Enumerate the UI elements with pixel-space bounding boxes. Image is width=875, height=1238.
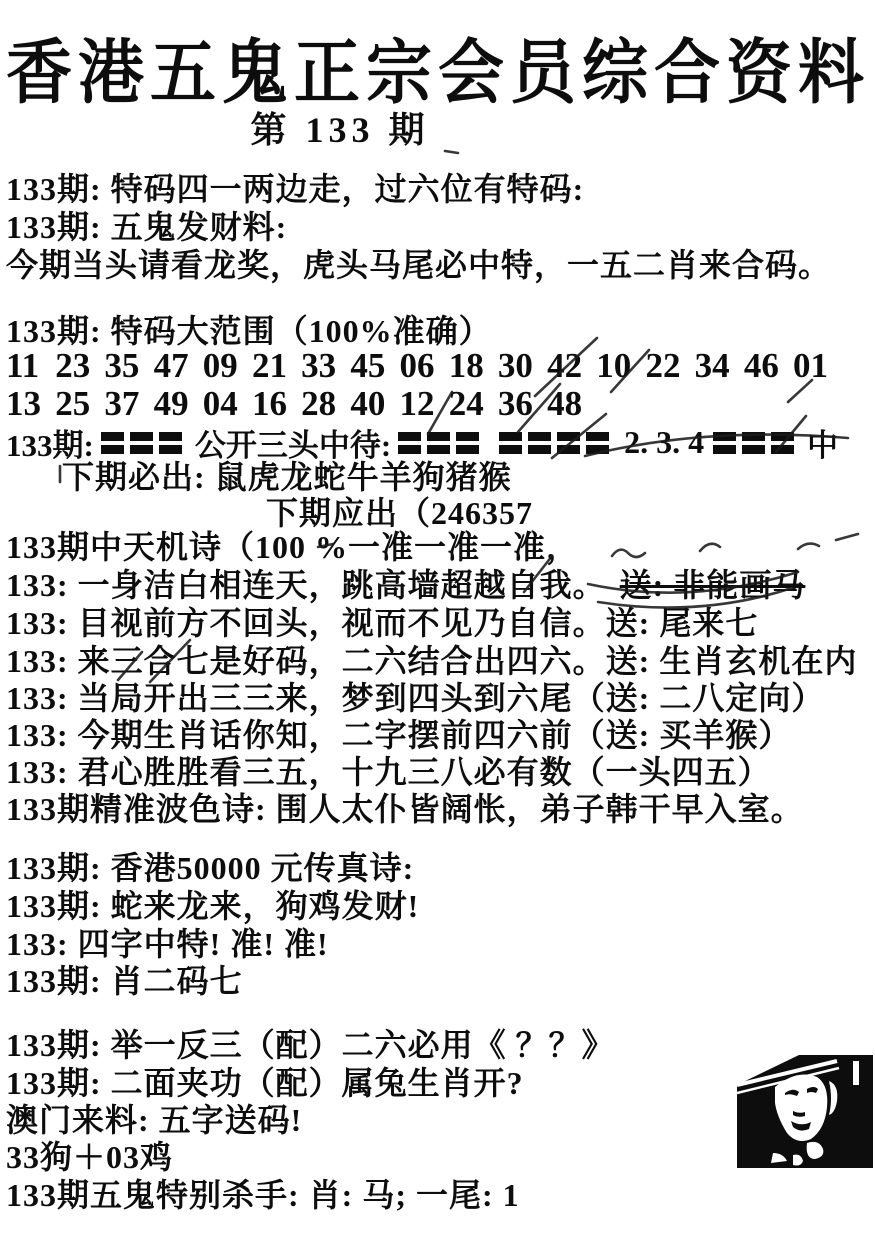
number-cell: 21	[252, 346, 301, 386]
fax-line-2: 133期: 蛇来龙来，狗鸡发财!	[6, 887, 419, 925]
poem-text: 133: 一身洁白相连天，跳高墙超越自我。	[6, 567, 606, 603]
redaction-block	[771, 432, 794, 454]
number-cell: 36	[498, 384, 547, 424]
redaction-block	[398, 432, 421, 454]
poem-gift-text: 送: 非能画马	[620, 567, 806, 603]
intro-line-2: 133期: 五鬼发财料:	[6, 208, 287, 246]
fax-line-3: 133: 四字中特! 准! 准!	[6, 925, 329, 963]
number-cell: 49	[154, 384, 203, 424]
bose-poem-line: 133期精准波色诗: 围人太仆皆阔怅，弟子韩干早入室。	[6, 790, 804, 828]
redaction-block	[101, 432, 124, 454]
redaction-block	[586, 432, 609, 454]
macau-line: 澳门来料: 五字送码!	[6, 1101, 302, 1139]
redaction-block-group	[499, 432, 615, 454]
number-cell: 11	[6, 346, 55, 386]
number-cell: 24	[449, 384, 498, 424]
range-header: 133期: 特码大范围（100%准确）	[6, 312, 492, 350]
poem-line: 133: 当局开出三三来，梦到四头到六尾（送: 二八定向）	[6, 679, 824, 717]
portrait-photo	[737, 1055, 873, 1168]
number-cell: 48	[547, 384, 596, 424]
number-row-1: 1123354709213345061830421022344601	[6, 346, 842, 386]
number-cell: 47	[154, 346, 203, 386]
code-sum-line: 33狗＋03鸡	[6, 1138, 173, 1176]
fax-line-4: 133期: 肖二码七	[6, 962, 243, 1000]
tianji-header: 133期中天机诗（100 %一准一准一准，	[6, 528, 579, 566]
number-cell: 22	[645, 346, 694, 386]
fax-line-1: 133期: 香港50000 元传真诗:	[6, 849, 414, 887]
number-cell: 13	[6, 384, 55, 424]
redacted-line-numbers: 2. 3. 4	[624, 424, 704, 461]
number-cell: 23	[55, 346, 104, 386]
number-cell: 35	[104, 346, 153, 386]
number-cell: 46	[744, 346, 793, 386]
poem-line: 133: 君心胜胜看三五，十九三八必有数（一头四五）	[6, 753, 771, 791]
redacted-line-suffix: 中	[807, 420, 838, 465]
number-cell: 45	[350, 346, 399, 386]
number-cell: 01	[793, 346, 842, 386]
number-cell: 34	[695, 346, 744, 386]
pairing-line-2: 133期: 二面夹功（配）属兔生肖开?	[6, 1064, 524, 1102]
number-cell: 12	[400, 384, 449, 424]
number-cell: 18	[449, 346, 498, 386]
number-cell: 40	[350, 384, 399, 424]
redaction-block	[427, 432, 450, 454]
poem-line: 133: 一身洁白相连天，跳高墙超越自我。送: 非能画马	[6, 566, 805, 604]
redaction-block	[130, 432, 153, 454]
issue-number: 第 133 期	[40, 102, 640, 153]
next-issue-should-line: 下期应出（246357	[266, 494, 533, 532]
number-cell: 25	[55, 384, 104, 424]
redaction-block-group	[101, 432, 188, 454]
redaction-block	[713, 432, 736, 454]
next-issue-must-line: 下期必出: 鼠虎龙蛇牛羊狗猪猴	[62, 458, 512, 496]
redaction-block	[528, 432, 551, 454]
number-cell: 06	[400, 346, 449, 386]
killer-line: 133期五鬼特别杀手: 肖: 马; 一尾: 1	[6, 1176, 520, 1214]
redaction-block	[557, 432, 580, 454]
poem-line: 133: 来三合七是好码，二六结合出四六。送: 生肖玄机在内	[6, 642, 857, 680]
redaction-block-group	[398, 432, 485, 454]
redaction-block	[499, 432, 522, 454]
poem-line: 133: 目视前方不回头，视而不见乃自信。送: 尾来七	[6, 604, 758, 642]
redaction-block	[456, 432, 479, 454]
number-cell: 10	[596, 346, 645, 386]
number-cell: 28	[301, 384, 350, 424]
redaction-block	[742, 432, 765, 454]
number-cell: 37	[104, 384, 153, 424]
redaction-block-group	[713, 432, 800, 454]
intro-line-3: 今期当头请看龙奖，虎头马尾必中特，一五二肖来合码。	[6, 246, 831, 284]
poem-line: 133: 今期生肖话你知，二字摆前四六前（送: 买羊猴）	[6, 716, 791, 754]
number-cell: 42	[547, 346, 596, 386]
number-cell: 04	[203, 384, 252, 424]
pairing-line-1: 133期: 举一反三（配）二六必用《 ？？》	[6, 1026, 615, 1064]
number-row-2: 132537490416284012243648	[6, 384, 596, 424]
number-cell: 33	[301, 346, 350, 386]
redaction-block	[159, 432, 182, 454]
intro-line-1: 133期: 特码四一两边走，过六位有特码:	[6, 170, 584, 208]
number-cell: 09	[203, 346, 252, 386]
number-cell: 16	[252, 384, 301, 424]
number-cell: 30	[498, 346, 547, 386]
